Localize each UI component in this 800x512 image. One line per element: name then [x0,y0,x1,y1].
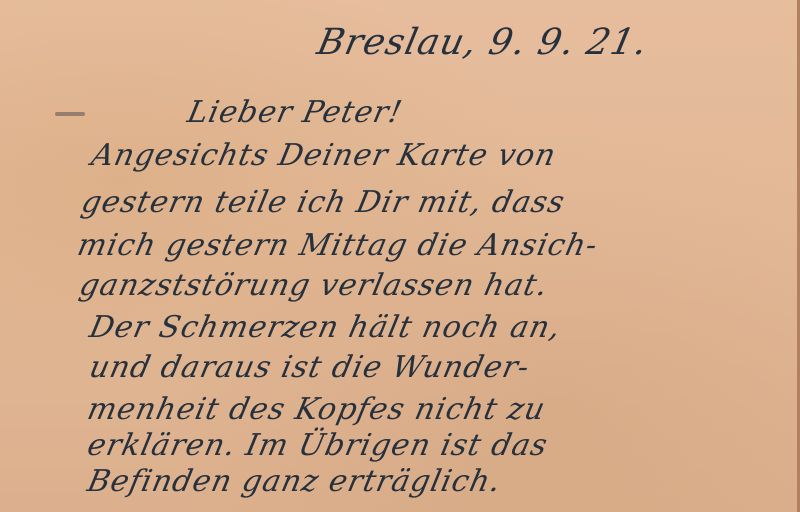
salutation: Lieber Peter! [184,95,405,130]
letter-line-2: gestern teile ich Dir mit, dass [78,185,568,220]
letter-line-3: mich gestern Mittag die Ansich- [74,228,601,263]
letter-line-5: Der Schmerzen hält noch an, [86,310,564,345]
letter-line-8: erklären. Im Übrigen ist das [84,428,551,463]
letter-line-1: Angesichts Deiner Karte von [88,138,559,173]
postcard: Breslau, 9. 9. 21. Lieber Peter! Angesic… [0,0,800,512]
letter-line-7: menheit des Kopfes nicht zu [84,392,549,427]
letter-line-9: Befinden ganz erträglich. [84,464,504,499]
place-date: Breslau, 9. 9. 21. [314,22,652,63]
letter-line-4: ganzststörung verlassen hat. [76,268,551,303]
letter-line-6: und daraus ist die Wunder- [86,350,533,385]
ink-smudge [55,112,85,116]
